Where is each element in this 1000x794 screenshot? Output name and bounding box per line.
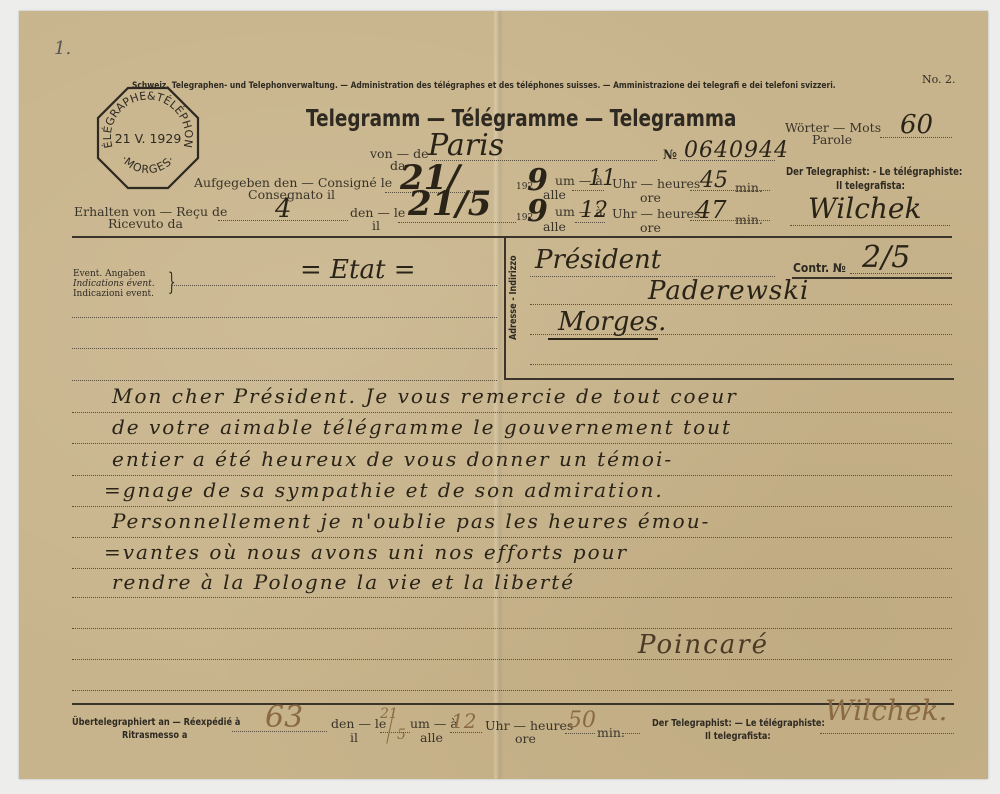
message-line-2: de votre aimable télégramme le gouvernem… <box>112 415 732 439</box>
footer-divider <box>72 703 954 705</box>
message-line-3: entier a été heureux de vous donner un t… <box>112 447 673 471</box>
telegraphist-label-it: Il telegrafista: <box>836 180 905 192</box>
forwarded-telegraphist-label: Der Telegraphist: — Le télégraphiste: <box>652 718 825 729</box>
address-box-border <box>504 237 506 379</box>
telegraphist-signature: Wilchek <box>808 192 921 225</box>
consigned-minutes: 45 <box>700 168 728 193</box>
forwarded-telegraphist-label-it: Il telegrafista: <box>705 731 771 742</box>
message-line-7: rendre à la Pologne la vie et la liberté <box>112 570 575 594</box>
postmark-stamp: TÉLÉGRAPHE&TÉLÉPHONE ·MORGES· 21 V. 1929 <box>95 85 201 191</box>
margin-mark: 1. <box>54 38 71 59</box>
contr-label: Contr. № <box>793 261 846 275</box>
address-line-2: Paderewski <box>648 276 809 306</box>
page-title: Telegramm — Télégramme — Telegramma <box>306 106 736 132</box>
indications-label: Event. Angaben Indications évent. Indica… <box>73 269 155 299</box>
forwarded-date-month: 5 <box>397 727 406 743</box>
indications-value: = Etat = <box>300 255 415 285</box>
message-line-1: Mon cher Président. Je vous remercie de … <box>112 384 738 408</box>
message-line-6: =vantes où nous avons uni nos efforts po… <box>104 540 628 564</box>
forwarded-label: Übertelegraphiert an — Réexpédié à <box>72 717 240 728</box>
forwarded-hour: 12 <box>451 709 476 733</box>
address-line-1: Président <box>535 245 661 275</box>
received-label-it: Ricevuto da <box>108 216 183 231</box>
header-divider <box>72 236 952 238</box>
message-line-5: Personnellement je n'oublie pas les heur… <box>112 509 710 533</box>
received-minutes: 47 <box>696 196 727 224</box>
received-date: 21/5 <box>408 184 491 224</box>
forwarded-label-it: Ritrasmesso a <box>122 730 187 741</box>
telegraphist-label: Der Telegraphist: - Le télégraphiste: <box>786 166 962 178</box>
svg-text:21 V. 1929: 21 V. 1929 <box>115 131 182 146</box>
contr-value: 2/5 <box>862 240 910 275</box>
telegram-number-value: 0640944 <box>684 138 789 163</box>
received-from: 4 <box>275 194 292 224</box>
received-hour: 12 <box>580 198 608 223</box>
address-side-label: Adresse - Indirizzo <box>508 255 519 340</box>
svg-text:·MORGES·: ·MORGES· <box>118 153 177 176</box>
forwarded-minutes: 50 <box>568 708 596 733</box>
message-line-4: =gnage de sa sympathie et de son admirat… <box>104 478 664 502</box>
forwarded-telegraphist-signature: Wilchek. <box>825 694 947 727</box>
words-label-it: Parole <box>812 132 852 147</box>
forwarded-date-day: 21 <box>380 706 398 722</box>
address-line-3: Morges. <box>558 307 666 337</box>
sender-signature: Poincaré <box>638 630 769 660</box>
words-value: 60 <box>900 110 933 140</box>
telegram-number-label: № <box>663 148 677 163</box>
form-number: No. 2. <box>922 73 956 86</box>
octagon-stamp-icon: TÉLÉGRAPHE&TÉLÉPHONE ·MORGES· 21 V. 1929 <box>95 85 201 191</box>
forwarded-value: 63 <box>265 700 303 735</box>
administration-header: Schweiz. Telegraphen- und Telephonverwal… <box>132 80 836 91</box>
